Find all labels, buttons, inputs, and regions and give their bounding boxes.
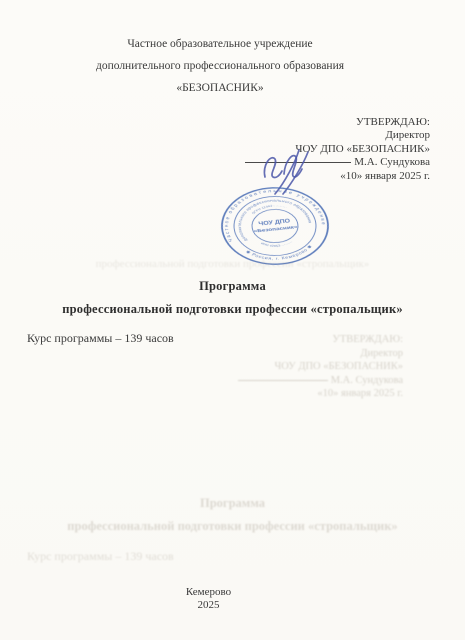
ghost-signature-row: М.А. Сундукова <box>238 374 403 388</box>
ghost-bleedthrough-line: профессиональной подготовки профессии «с… <box>0 258 465 270</box>
institution-type: Частное образовательное учреждение <box>0 33 440 55</box>
svg-text:дополнительного профессиональн: дополнительного профессионального образо… <box>231 195 315 243</box>
program-title: Программа профессиональной подготовки пр… <box>0 275 465 320</box>
official-seal: Частное образовательное учреждение ✱ Рос… <box>205 176 345 277</box>
footer-block: Кемерово 2025 <box>0 586 417 611</box>
ghost-approver-role: Директор <box>238 347 403 361</box>
ghost-title-line1: Программа <box>0 492 465 515</box>
seal-center-line2: «Безопасник» <box>253 225 298 234</box>
seal-graphic: Частное образовательное учреждение ✱ Рос… <box>205 176 345 277</box>
seal-ring-city-text: ✱ Россия, г. Кемерово ✱ <box>244 243 316 264</box>
signature-row: М.А. Сундукова <box>245 156 430 169</box>
approver-role: Директор <box>245 129 430 142</box>
approver-org: ЧОУ ДПО «БЕЗОПАСНИК» <box>245 143 430 156</box>
ghost-approval-word: УТВЕРЖДАЮ: <box>238 333 403 347</box>
seal-center-line1: ЧОУ ДПО <box>258 218 291 227</box>
program-title-line1: Программа <box>0 275 465 298</box>
ghost-title-block: Программа профессиональной подготовки пр… <box>0 492 465 537</box>
approval-word: УТВЕРЖДАЮ: <box>245 116 430 129</box>
institution-header: Частное образовательное учреждение допол… <box>0 33 440 99</box>
approval-block: УТВЕРЖДАЮ: Директор ЧОУ ДПО «БЕЗОПАСНИК»… <box>245 116 430 183</box>
institution-name: «БЕЗОПАСНИК» <box>0 77 440 99</box>
signer-name: М.А. Сундукова <box>354 156 430 168</box>
seal-ring-outer-top-text: Частное образовательное учреждение <box>218 185 327 243</box>
institution-kind: дополнительного профессионального образо… <box>0 55 440 77</box>
seal-ogrn-text: ОГРН 11342·········· <box>250 203 289 215</box>
approval-date: «10» января 2025 г. <box>245 170 430 183</box>
signature-line <box>245 160 351 163</box>
document-page: Частное образовательное учреждение допол… <box>0 0 465 640</box>
course-duration: Курс программы – 139 часов <box>27 331 174 346</box>
svg-text:ОГРН 11342··········: ОГРН 11342·········· <box>250 203 289 215</box>
ghost-approver-org: ЧОУ ДПО «БЕЗОПАСНИК» <box>238 360 403 374</box>
footer-city: Кемерово <box>0 586 417 599</box>
seal-ring-middle-text: дополнительного профессионального образо… <box>231 195 315 243</box>
svg-text:ИНН 42053··········: ИНН 42053·········· <box>260 239 295 250</box>
ghost-approval-block: УТВЕРЖДАЮ: Директор ЧОУ ДПО «БЕЗОПАСНИК»… <box>238 333 403 401</box>
ghost-approval-date: «10» января 2025 г. <box>238 387 403 401</box>
ghost-course-line: Курс программы – 139 часов <box>27 549 174 564</box>
footer-year: 2025 <box>0 599 417 612</box>
svg-text:✱ Россия, г. Кемерово ✱: ✱ Россия, г. Кемерово ✱ <box>244 243 316 264</box>
ghost-title-line2: профессиональной подготовки профессии «с… <box>0 515 465 538</box>
program-title-line2: профессиональной подготовки профессии «с… <box>0 298 465 321</box>
svg-text:Частное образовательное учрежд: Частное образовательное учреждение <box>218 185 327 243</box>
ghost-signer-name: М.А. Сундукова <box>331 375 403 386</box>
ghost-signature-line <box>238 378 328 381</box>
seal-inn-text: ИНН 42053·········· <box>260 239 295 250</box>
